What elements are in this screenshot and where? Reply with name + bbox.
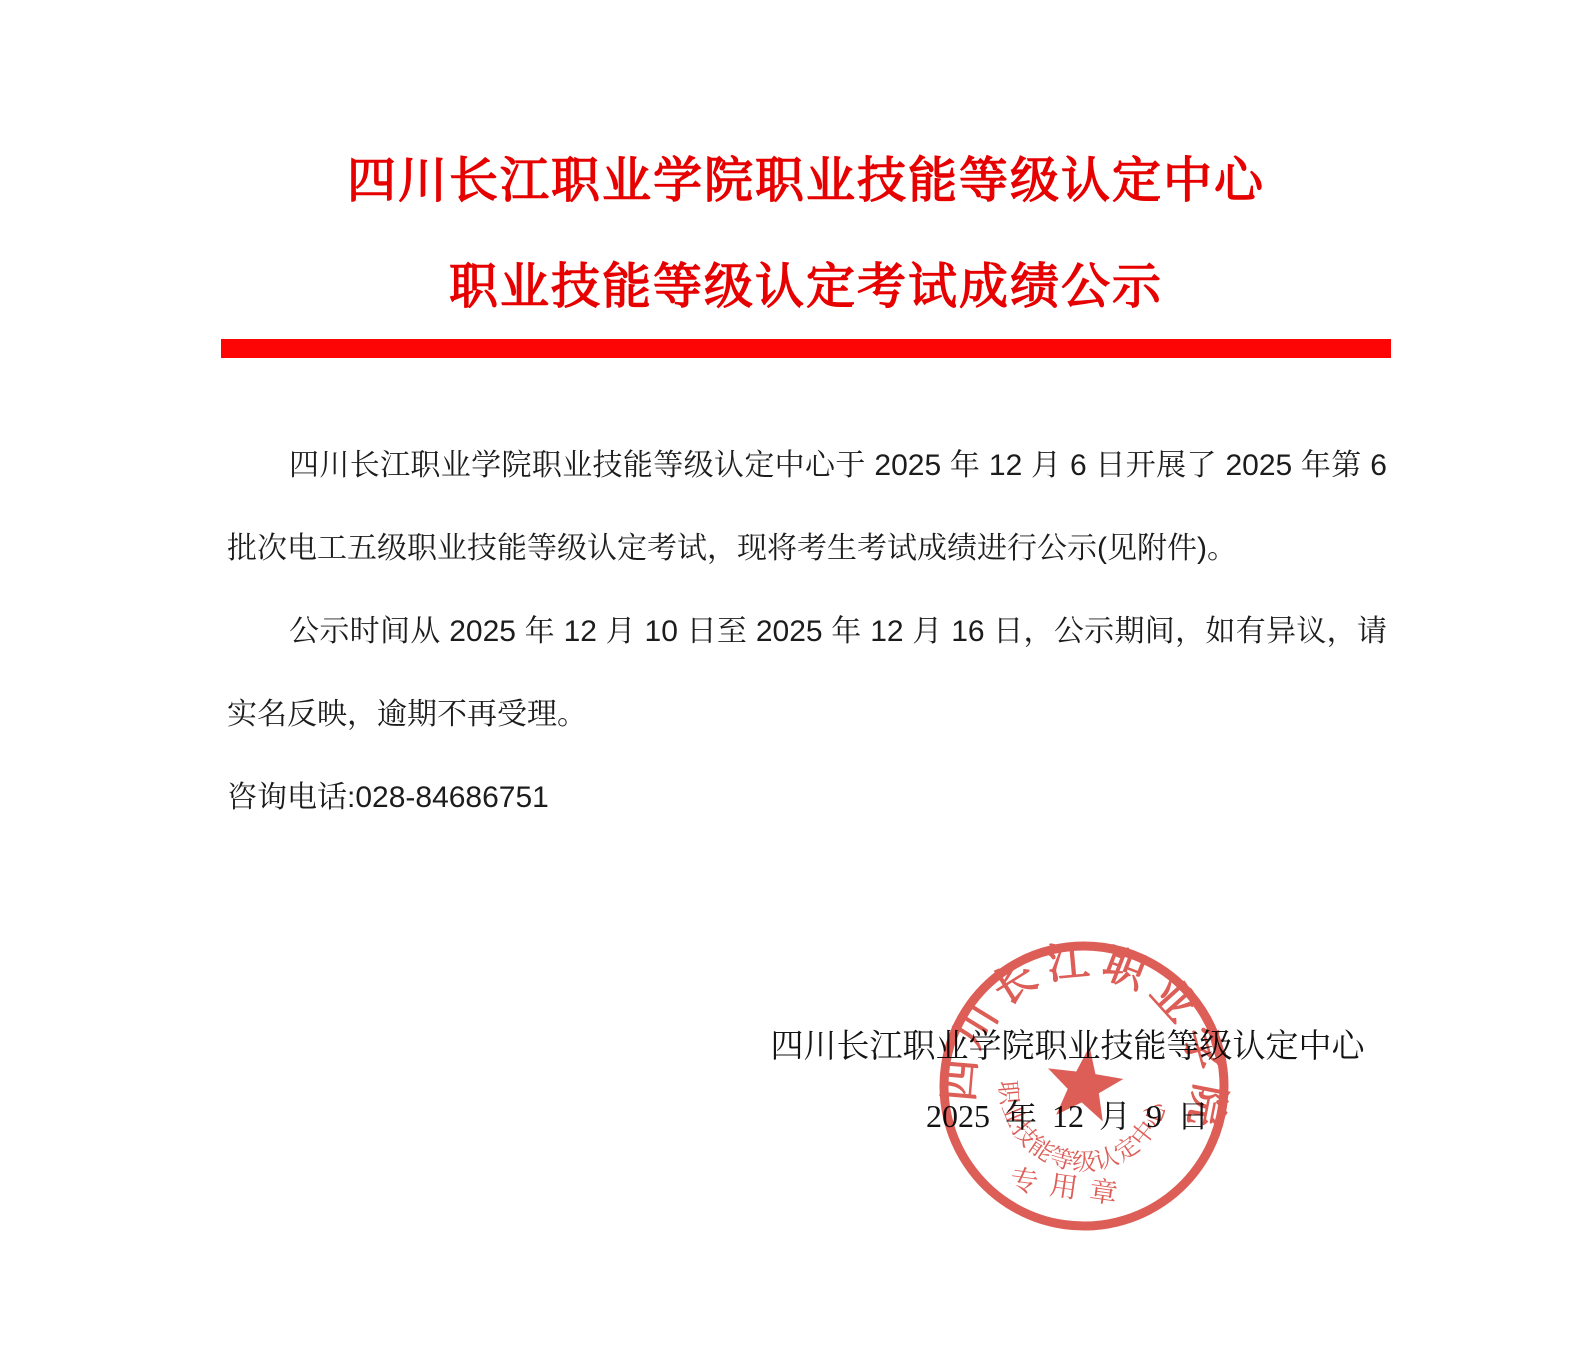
document-page: 四川长江职业学院职业技能等级认定中心 职业技能等级认定考试成绩公示 四川长江职业… (0, 0, 1587, 1370)
contact-phone-line: 咨询电话:028-84686751 (227, 756, 1387, 839)
red-divider-rule (221, 339, 1391, 358)
document-title-line1: 四川长江职业学院职业技能等级认定中心 (221, 142, 1391, 212)
star-icon (1042, 1041, 1127, 1123)
official-seal-stamp: 四川长江职业学院 职业技能等级认定中心 专用章 (915, 917, 1254, 1256)
document-title-line2: 职业技能等级认定考试成绩公示 (221, 248, 1391, 318)
paragraph-exam-announcement: 四川长江职业学院职业技能等级认定中心于 2025 年 12 月 6 日开展了 2… (227, 424, 1387, 590)
paragraph-publicity-period: 公示时间从 2025 年 12 月 10 日至 2025 年 12 月 16 日… (227, 590, 1387, 756)
document-body: 四川长江职业学院职业技能等级认定中心于 2025 年 12 月 6 日开展了 2… (227, 424, 1387, 839)
